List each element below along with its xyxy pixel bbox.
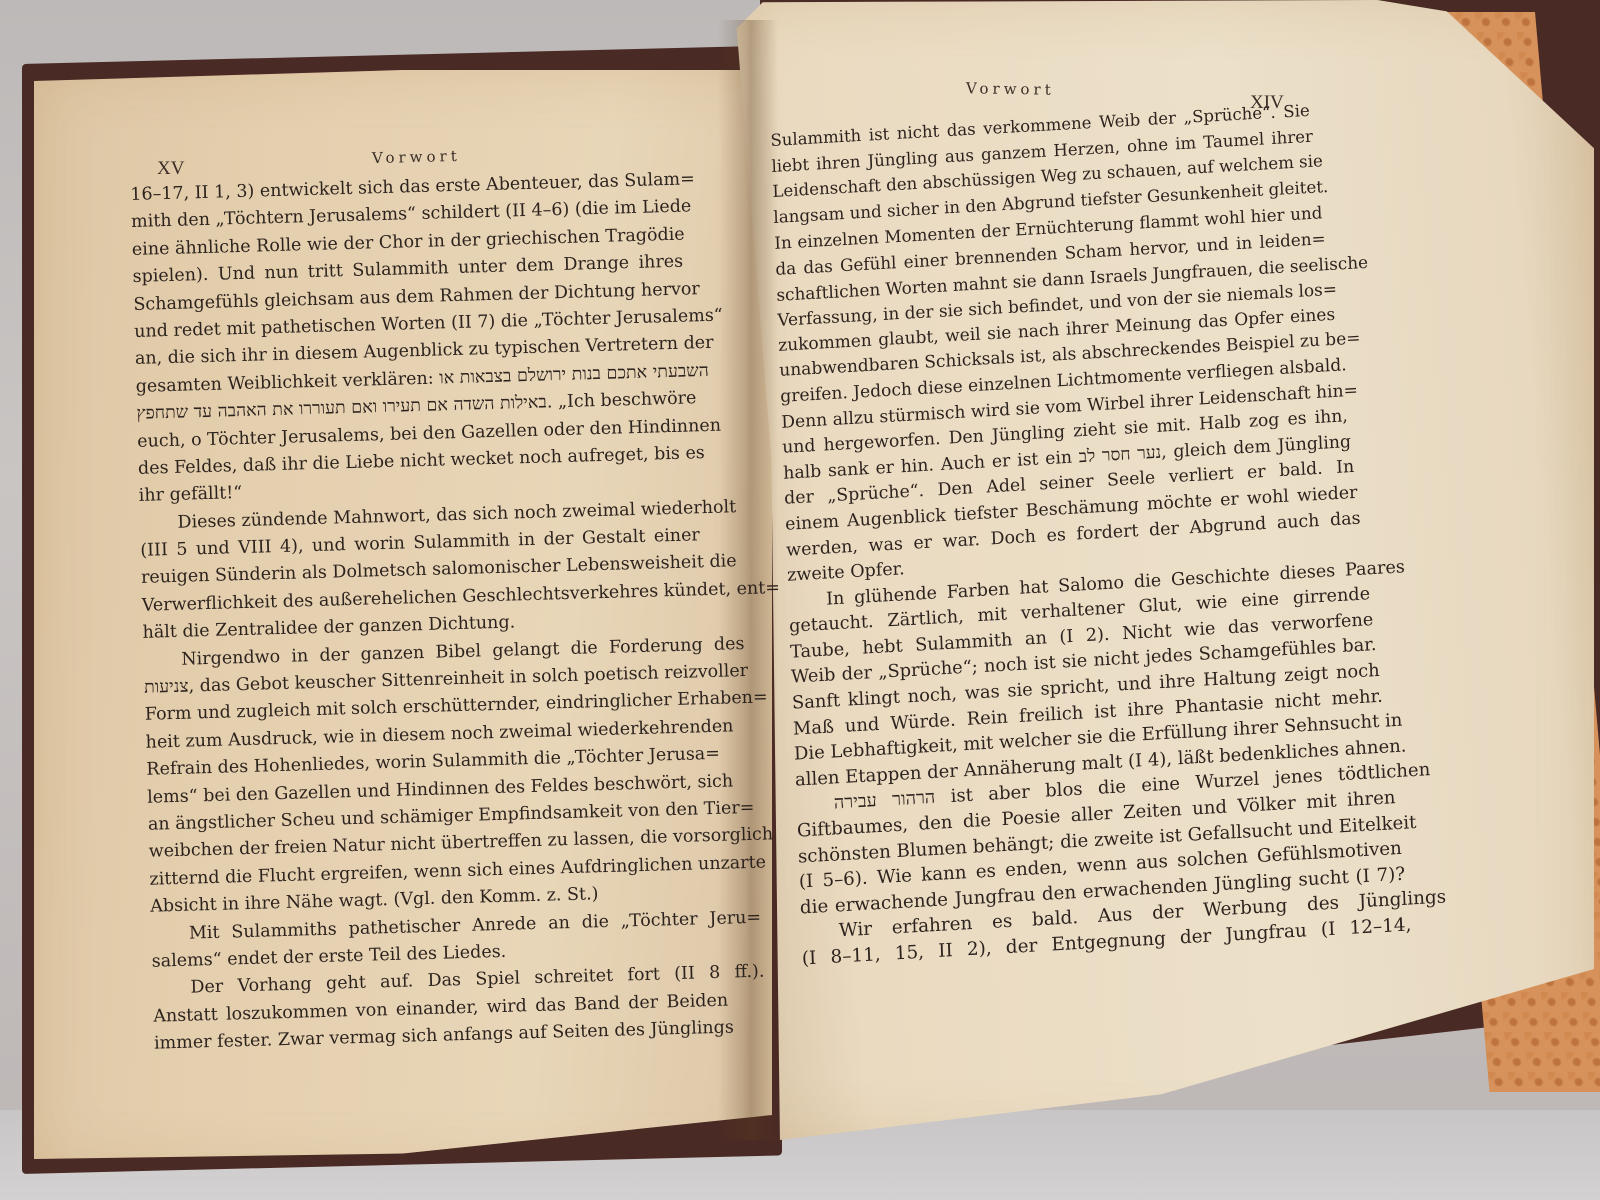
left-page-body: 16–17, II 1, 3) entwickelt sich das erst…: [130, 166, 714, 1058]
right-page-body: Sulammith ist nicht das verkommene Weib …: [770, 97, 1362, 972]
left-page-number: XV: [157, 158, 184, 180]
left-running-head: Vorwort: [372, 147, 461, 167]
right-running-head: Vorwort: [966, 79, 1055, 99]
